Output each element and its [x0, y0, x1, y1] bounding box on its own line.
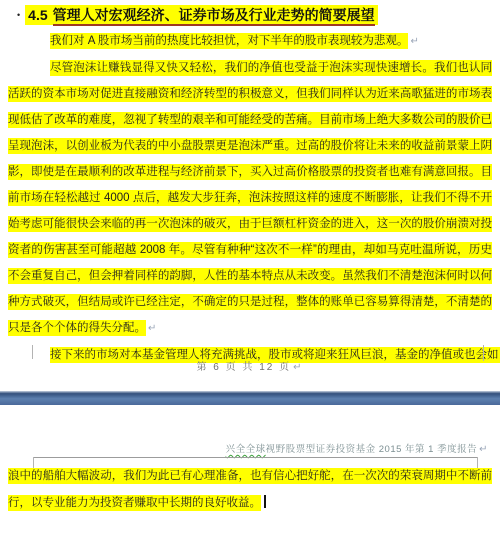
text-cursor — [264, 495, 266, 508]
page-header: 兴全全球视野股票型证券投资基金 2015 年第 1 季度报告↵ — [226, 441, 488, 455]
outline-bullet-icon: • — [17, 5, 20, 26]
paragraph-challenge-continuation[interactable]: 浪中的船舶大幅波动，我们为此已有心理准备，也有信心把好舵，在一次次的荣衰周期中不… — [0, 463, 500, 517]
paragraph-outlook-summary[interactable]: 我们对 A 股市场当前的热度比较担忧，对下半年的股市表现较为悲观。↵ — [0, 28, 500, 55]
text-boundary-mark — [32, 345, 33, 359]
document-page-7: 兴全全球视野股票型证券投资基金 2015 年第 1 季度报告↵ 浪中的船舶大幅波… — [0, 405, 500, 533]
heading-number: 4.5 — [28, 7, 47, 23]
paragraph-mark-icon: ↵ — [293, 362, 303, 373]
header-fund-name-spellchecked: 兴全全球 — [226, 444, 266, 455]
page-number-text: 第 6 页 共 12 页 — [197, 362, 292, 373]
page-footer: 第 6 页 共 12 页↵ — [0, 358, 500, 373]
word-document-canvas: •4.5管理人对宏观经济、证券市场及行业走势的简要展望 我们对 A 股市场当前的… — [0, 0, 500, 533]
paragraph-mark-icon: ↵ — [410, 36, 418, 47]
header-report-title: 视野股票型证券投资基金 2015 年第 1 季度报告 — [266, 444, 477, 455]
highlighted-text: 我们对 A 股市场当前的热度比较担忧，对下半年的股市表现较为悲观。 — [50, 33, 408, 49]
paragraph-mark-icon: ↵ — [148, 323, 156, 334]
heading-title: 管理人对宏观经济、证券市场及行业走势的简要展望 — [53, 7, 375, 26]
highlighted-text: 尽管泡沫让赚钱显得又快又轻松，我们的净值也受益于泡沫实现快速增长。我们也认同活跃… — [8, 60, 492, 336]
highlighted-text: 浪中的船舶大幅波动，我们为此已有心理准备，也有信心把好舵，在一次次的荣衰周期中不… — [8, 468, 492, 511]
heading-highlight: 4.5管理人对宏观经济、证券市场及行业走势的简要展望 — [25, 5, 377, 25]
paragraph-mark-icon: ↵ — [479, 444, 488, 455]
document-page-6: •4.5管理人对宏观经济、证券市场及行业走势的简要展望 我们对 A 股市场当前的… — [0, 0, 500, 391]
page-gap-separator[interactable] — [0, 391, 500, 405]
header-rule — [33, 457, 478, 458]
section-heading[interactable]: •4.5管理人对宏观经济、证券市场及行业走势的简要展望 — [0, 0, 500, 28]
paragraph-bubble-warning[interactable]: 尽管泡沫让赚钱显得又快又轻松，我们的净值也受益于泡沫实现快速增长。我们也认同活跃… — [0, 55, 500, 342]
text-boundary-mark — [483, 345, 484, 361]
